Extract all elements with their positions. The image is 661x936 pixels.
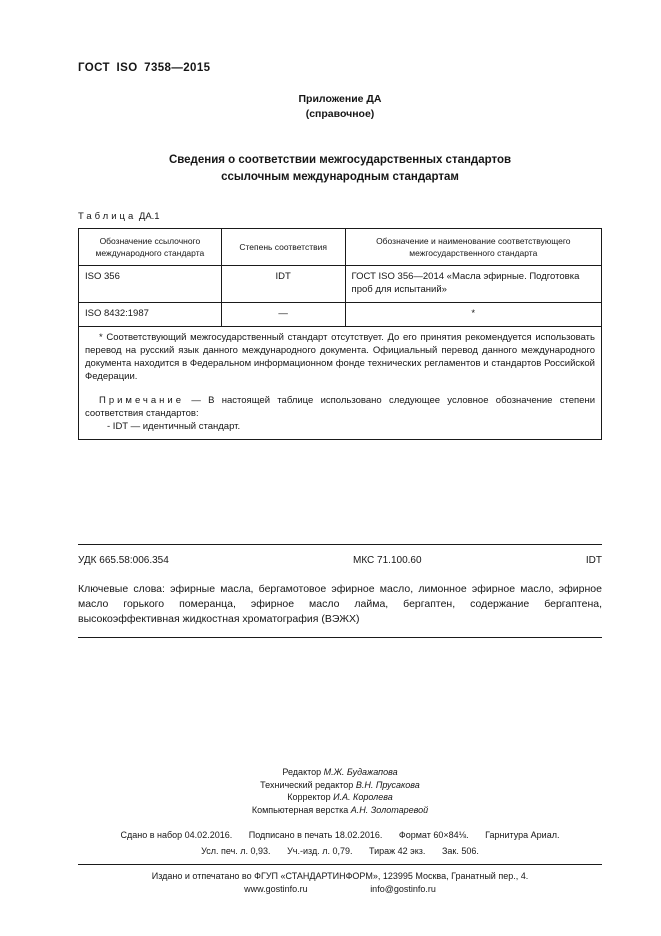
- mks-code: МКС 71.100.60: [287, 555, 562, 566]
- header-ref-standard: Обозначение ссылочного международного ст…: [79, 229, 222, 266]
- staff-name: А.Н. Золотаревой: [351, 805, 428, 815]
- conformity-table-head: Обозначение ссылочного международного ст…: [79, 229, 602, 266]
- table-row: ISO 356 IDT ГОСТ ISO 356—2014 «Масла эфи…: [79, 266, 602, 303]
- staff-technical-editor: Технический редактор В.Н. Прусакова: [78, 779, 602, 792]
- table-label: Таблица ДА.1: [78, 211, 602, 222]
- footnote-cell: * Соответствующий межгосударственный ста…: [79, 327, 602, 440]
- table-label-number: ДА.1: [139, 211, 160, 222]
- cell-conformity: —: [221, 303, 345, 327]
- header-interstate-standard: Обозначение и наименование соответствующ…: [345, 229, 601, 266]
- divider: [78, 637, 602, 638]
- page-content: ГОСТ ISO 7358—2015 Приложение ДА (справо…: [78, 0, 602, 894]
- doc-code: ГОСТ ISO 7358—2015: [78, 62, 602, 74]
- imprint-format: Формат 60×84⅛.: [399, 830, 469, 840]
- imprint-circulation: Тираж 42 экз.: [369, 846, 425, 856]
- imprint-typeset-date: Сдано в набор 04.02.2016.: [121, 830, 233, 840]
- staff-editor: Редактор М.Ж. Будажапова: [78, 766, 602, 779]
- main-title-line2: ссылочным международным стандартам: [78, 169, 602, 186]
- udk-code: УДК 665.58:006.354: [78, 555, 287, 566]
- cell-ref-standard: ISO 356: [79, 266, 222, 303]
- annex-title: Приложение ДА: [78, 93, 602, 105]
- footnote-row: * Соответствующий межгосударственный ста…: [79, 327, 602, 440]
- header-conformity: Степень соответствия: [221, 229, 345, 266]
- imprint-typeface: Гарнитура Ариал.: [485, 830, 559, 840]
- cell-interstate-standard: *: [345, 303, 601, 327]
- staff-corrector: Корректор И.А. Королева: [78, 791, 602, 804]
- keywords-paragraph: Ключевые слова: эфирные масла, бергамото…: [78, 582, 602, 627]
- imprint-print-date: Подписано в печать 18.02.2016.: [249, 830, 383, 840]
- staff-layout: Компьютерная верстка А.Н. Золотаревой: [78, 804, 602, 817]
- table-note: Примечание — В настоящей таблице использ…: [85, 394, 595, 420]
- imprint-order: Зак. 506.: [442, 846, 479, 856]
- staff-role: Корректор: [287, 792, 330, 802]
- divider: [78, 864, 602, 865]
- imprint-publisher-sheets: Уч.-изд. л. 0,79.: [287, 846, 352, 856]
- table-footnote: * Соответствующий межгосударственный ста…: [85, 331, 595, 383]
- table-row: ISO 8432:1987 — *: [79, 303, 602, 327]
- cell-conformity: IDT: [221, 266, 345, 303]
- conformity-table: Обозначение ссылочного международного ст…: [78, 228, 602, 440]
- imprint-line1: Сдано в набор 04.02.2016. Подписано в пе…: [78, 830, 602, 840]
- staff-name: В.Н. Прусакова: [356, 780, 420, 790]
- email-text: info@gostinfo.ru: [370, 884, 436, 894]
- staff-name: И.А. Королева: [333, 792, 393, 802]
- staff-role: Технический редактор: [260, 780, 353, 790]
- main-title: Сведения о соответствии межгосударственн…: [78, 152, 602, 186]
- website-text: www.gostinfo.ru: [244, 884, 308, 894]
- conformity-table-body: ISO 356 IDT ГОСТ ISO 356—2014 «Масла эфи…: [79, 266, 602, 440]
- annex-subtitle: (справочное): [78, 108, 602, 120]
- main-title-line1: Сведения о соответствии межгосударственн…: [78, 152, 602, 169]
- idt-code: IDT: [562, 555, 602, 566]
- contact-links: www.gostinfo.ru info@gostinfo.ru: [78, 884, 602, 894]
- table-label-word: Таблица: [78, 211, 136, 222]
- classification-row: УДК 665.58:006.354 МКС 71.100.60 IDT: [78, 555, 602, 566]
- imprint-printed-sheets: Усл. печ. л. 0,93.: [201, 846, 270, 856]
- staff-role: Компьютерная верстка: [252, 805, 348, 815]
- document-page: ГОСТ ISO 7358—2015 Приложение ДА (справо…: [0, 0, 661, 936]
- staff-name: М.Ж. Будажапова: [324, 767, 398, 777]
- imprint-line2: Усл. печ. л. 0,93. Уч.-изд. л. 0,79. Тир…: [78, 846, 602, 856]
- note-item-idt: - IDT — идентичный стандарт.: [85, 420, 595, 433]
- cell-ref-standard: ISO 8432:1987: [79, 303, 222, 327]
- staff-role: Редактор: [282, 767, 321, 777]
- header-row: Обозначение ссылочного международного ст…: [79, 229, 602, 266]
- note-label: Примечание: [99, 395, 184, 406]
- colophon-staff: Редактор М.Ж. Будажапова Технический ред…: [78, 766, 602, 816]
- divider: [78, 544, 602, 545]
- publisher-line: Издано и отпечатано во ФГУП «СТАНДАРТИНФ…: [78, 871, 602, 881]
- cell-interstate-standard: ГОСТ ISO 356—2014 «Масла эфирные. Подгот…: [345, 266, 601, 303]
